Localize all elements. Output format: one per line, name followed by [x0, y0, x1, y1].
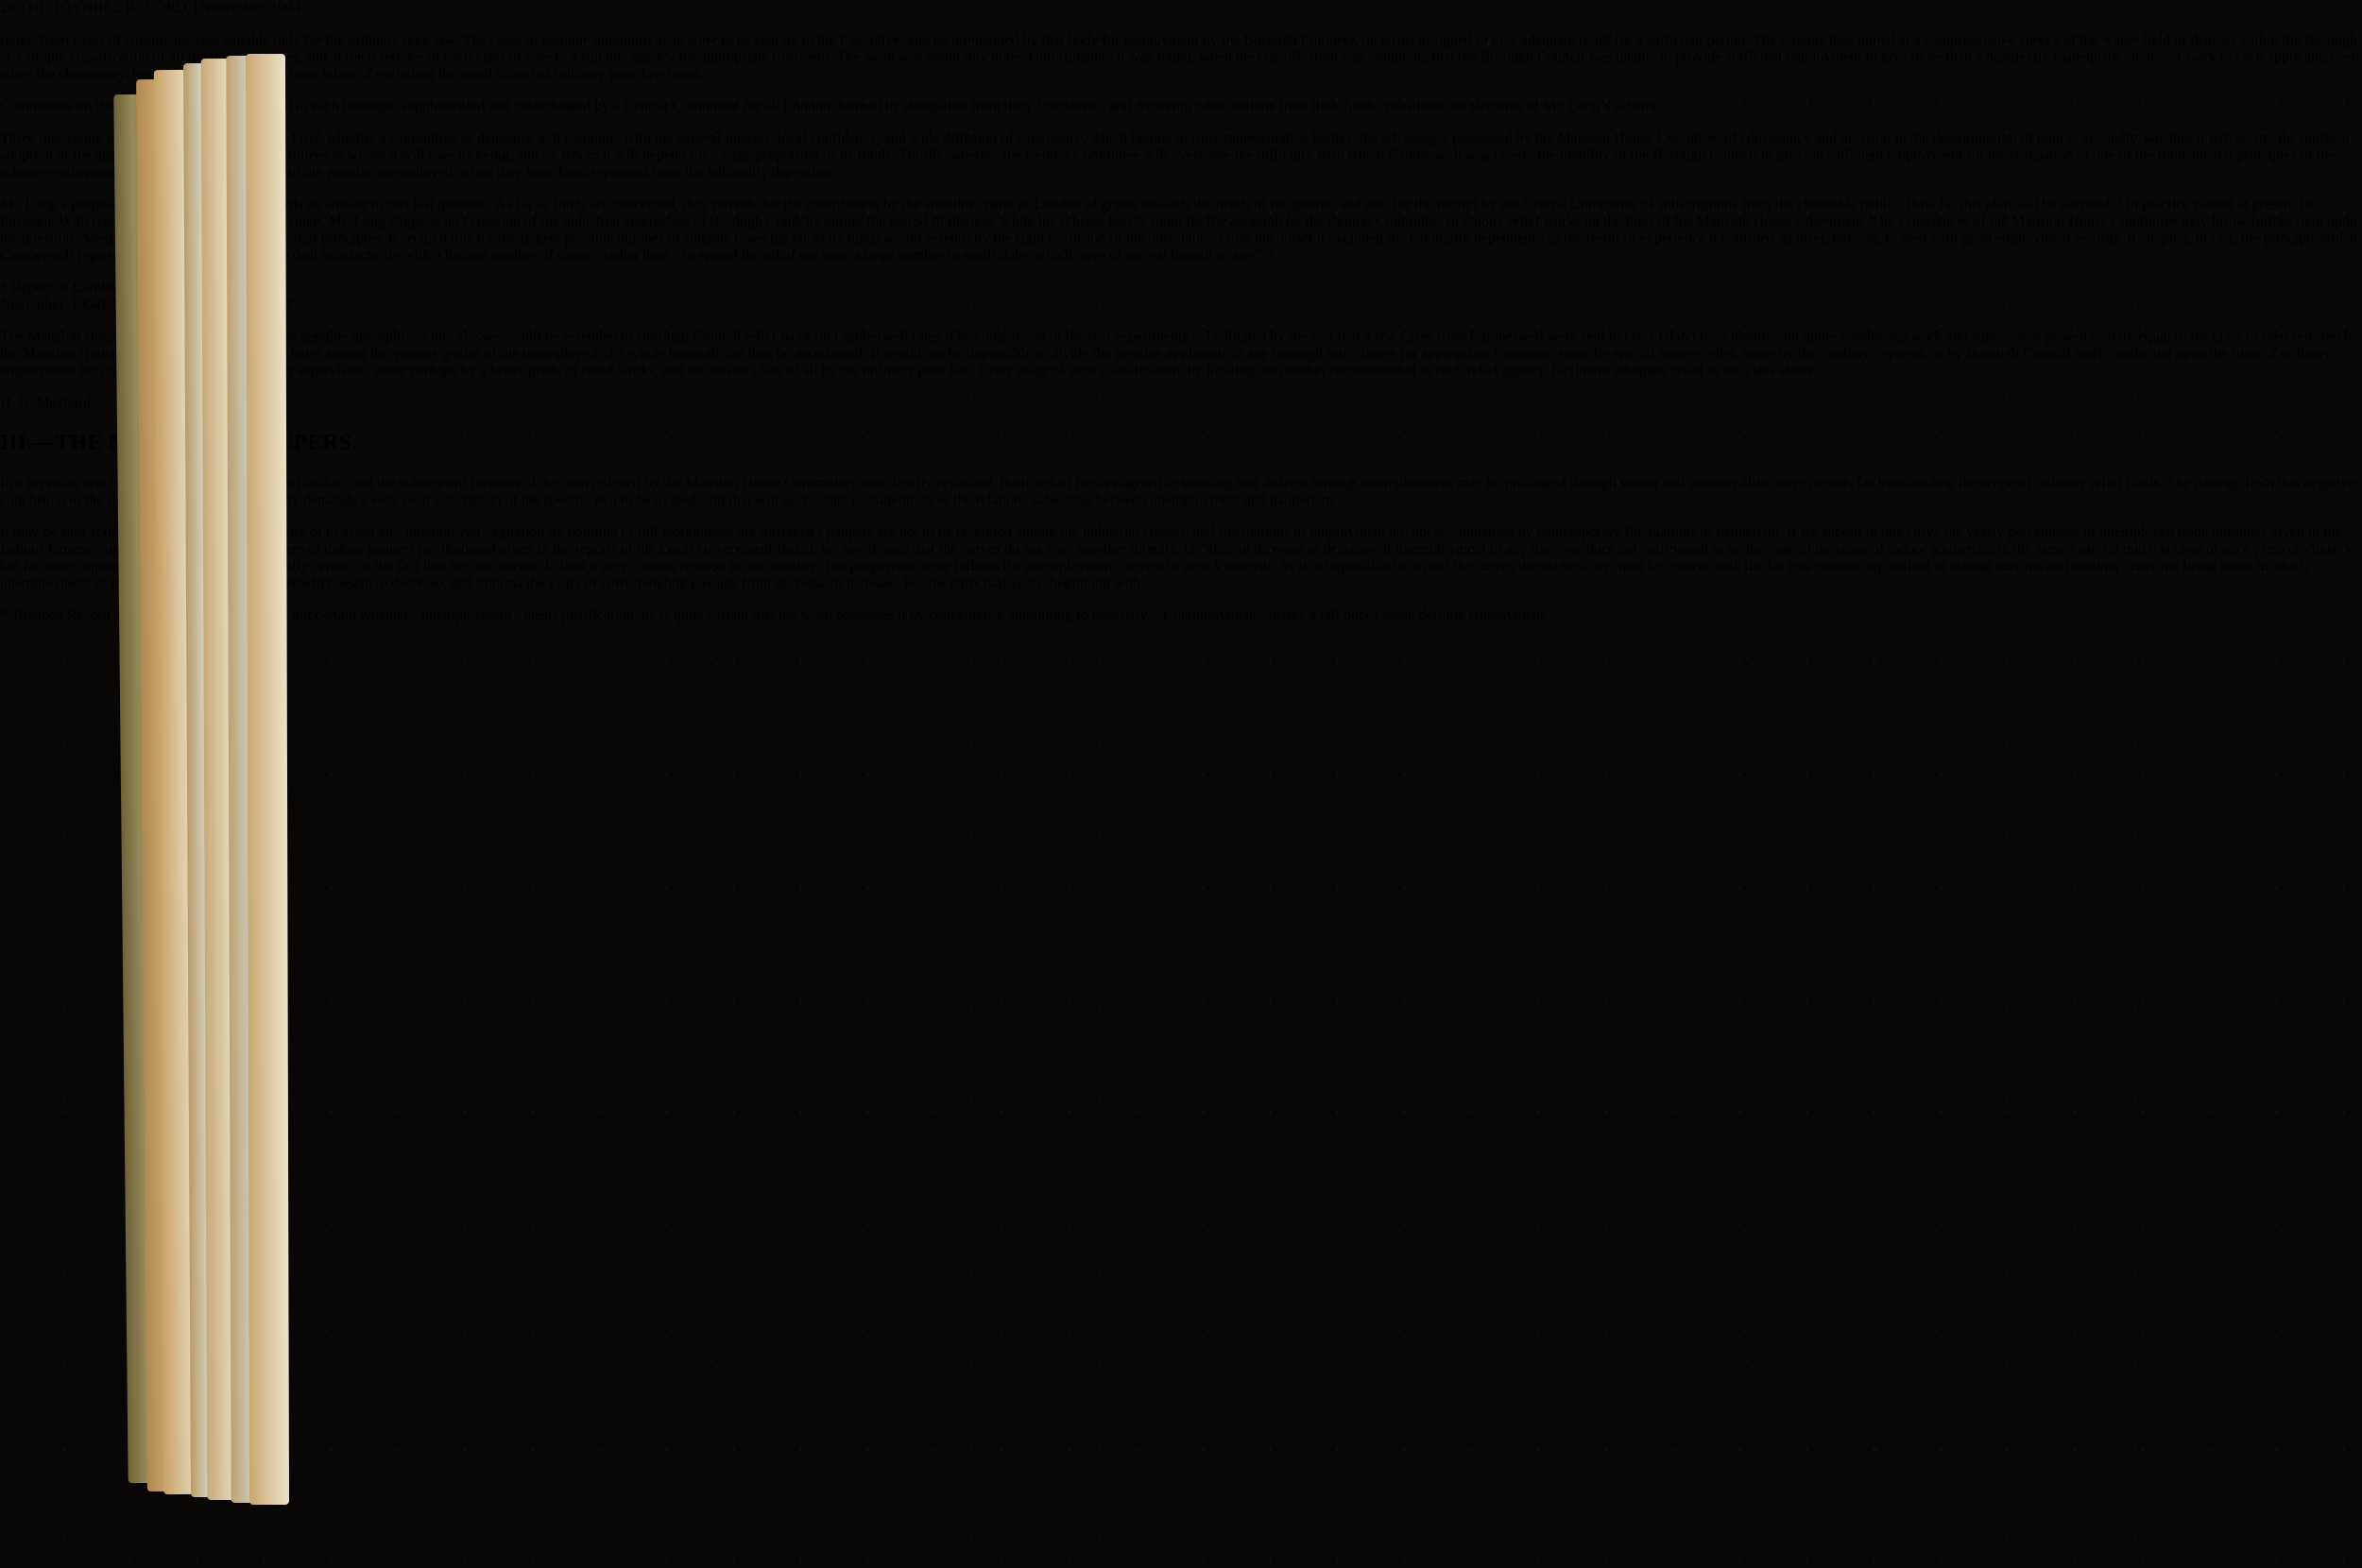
issue-date: November, 1904]: [0, 297, 106, 313]
right-page: November, 1904] THE TOYNBEE RECORD. 27 T…: [0, 297, 2362, 624]
author-signature: H. R. Maynard.: [0, 395, 2362, 412]
article-heading: III.—THE MAKING OF PAUPERS.: [0, 431, 2362, 456]
left-page-content: 26 THE TOYNBEE RECORD. [November, 1904 r…: [0, 0, 2362, 297]
right-page-body: In a previous article* the state of empl…: [0, 475, 2362, 592]
right-page-header: November, 1904] THE TOYNBEE RECORD. 27: [0, 297, 2362, 314]
page-number: 27: [285, 297, 300, 313]
article-closing-paragraph: The Mansion House plan of a sub-division…: [0, 329, 2362, 380]
left-page-header: 26 THE TOYNBEE RECORD. [November, 1904: [0, 0, 2362, 17]
right-page-footnote: * Toynbee Record, October, 1904. The wri…: [0, 607, 2362, 624]
page-edge: [246, 54, 289, 1505]
right-page-content: November, 1904] THE TOYNBEE RECORD. 27 T…: [0, 297, 2362, 624]
paragraph: Three interesting questions suggest them…: [0, 130, 2362, 181]
issue-date: [November, 1904: [195, 0, 300, 16]
paragraph: Committees on the Camberwell model, repe…: [0, 98, 2362, 115]
paragraph: It may be said at once, that those who s…: [0, 524, 2362, 592]
paragraph: relief, from cases of chronic distress s…: [0, 32, 2362, 83]
paragraph: In a previous article* the state of empl…: [0, 475, 2362, 509]
left-page: 26 THE TOYNBEE RECORD. [November, 1904 r…: [0, 0, 2362, 297]
book-photo: 26 THE TOYNBEE RECORD. [November, 1904 r…: [0, 0, 2362, 1568]
page-number: 26: [0, 0, 15, 16]
paragraph: Mr. Long’s proposals contain suggestions…: [0, 196, 2362, 264]
left-page-footnote: * Report of Camberwell Committee, p. ix.: [0, 280, 2362, 297]
left-page-body: relief, from cases of chronic distress s…: [0, 32, 2362, 264]
journal-title: THE TOYNBEE RECORD.: [19, 0, 191, 16]
